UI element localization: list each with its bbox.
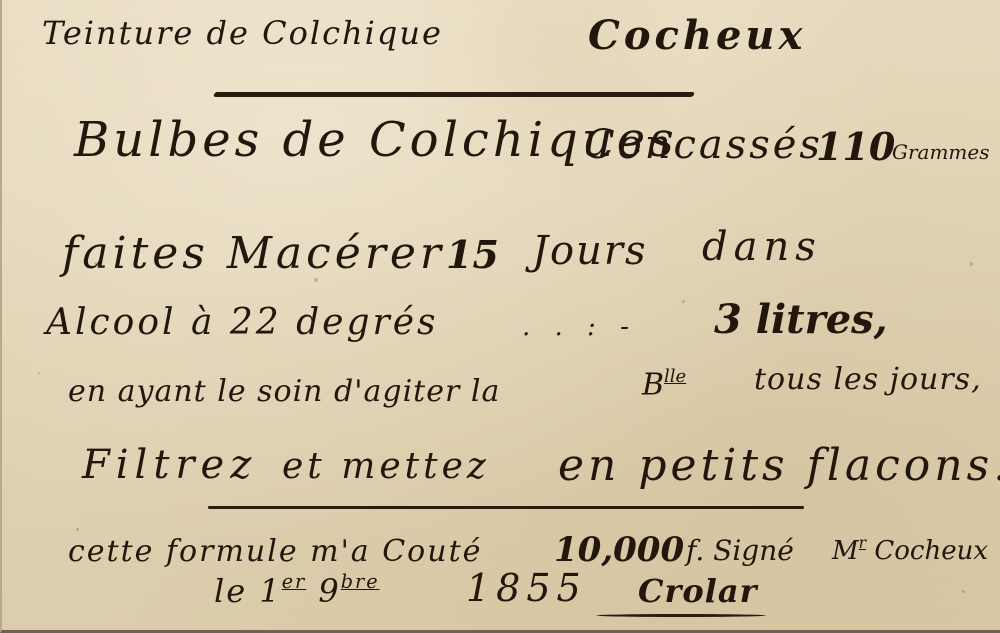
- date-month-sup: bre: [341, 570, 380, 593]
- signer-name: Cocheux: [874, 536, 988, 566]
- date-day: le 1: [214, 572, 282, 610]
- paper-speckle: [38, 372, 40, 374]
- signer-title: M: [832, 536, 859, 566]
- footer-place: Crolar: [638, 572, 757, 610]
- recipe-line1-prep: Concassés: [584, 122, 823, 168]
- paper-speckle: [76, 528, 79, 531]
- footer-year: 1855: [466, 566, 587, 610]
- paper-speckle: [962, 590, 965, 593]
- footer-cost-text: cette formule m'a Couté: [68, 534, 482, 569]
- header-divider: [213, 92, 695, 97]
- date-day-sup: er: [282, 570, 307, 593]
- recipe-line5-and-put: et mettez: [282, 446, 490, 487]
- recipe-line1-quantity: 110: [816, 124, 895, 169]
- recipe-line5-filter: Filtrez: [82, 442, 257, 488]
- paper-speckle: [682, 300, 685, 303]
- recipe-line4-instruction: en ayant le soin d'agiter la: [68, 374, 500, 409]
- paper-speckle: [970, 262, 973, 266]
- recipe-line3-quantity: 3 litres,: [714, 296, 888, 343]
- header-name: Cocheux: [588, 12, 806, 59]
- recipe-line5-container: en petits flacons.: [558, 440, 1000, 491]
- bottle-abbrev: B: [642, 368, 664, 403]
- recipe-line4-frequency: tous les jours,: [754, 362, 982, 397]
- recipe-line1-unit: Grammes: [892, 140, 990, 164]
- recipe-card: Teinture de Colchique Cocheux Bulbes de …: [0, 0, 1000, 633]
- header-title: Teinture de Colchique: [42, 14, 443, 52]
- recipe-line2-days: 15: [446, 232, 499, 277]
- footer-date: le 1er 9bre: [214, 570, 380, 610]
- footer-divider: [208, 506, 804, 509]
- footer-signed: f. Signé: [686, 534, 794, 567]
- recipe-line2-unit: Jours: [532, 228, 648, 274]
- recipe-line2-instruction: faites Macérer: [62, 228, 445, 279]
- recipe-line2-prep: dans: [702, 224, 822, 270]
- recipe-line3-solvent: Alcool à 22 degrés: [46, 302, 439, 343]
- signer-title-sup: r: [859, 534, 866, 552]
- footer-signer: Mr Cocheux: [832, 534, 988, 566]
- date-month: 9: [318, 572, 340, 610]
- recipe-line3-leader-dots: . . : -: [522, 312, 637, 342]
- recipe-line4-abbrev: Blle: [642, 366, 686, 403]
- footer-cost-amount: 10,000: [554, 530, 684, 570]
- bottle-abbrev-sup: lle: [664, 366, 686, 387]
- place-underline-flourish: [596, 614, 766, 617]
